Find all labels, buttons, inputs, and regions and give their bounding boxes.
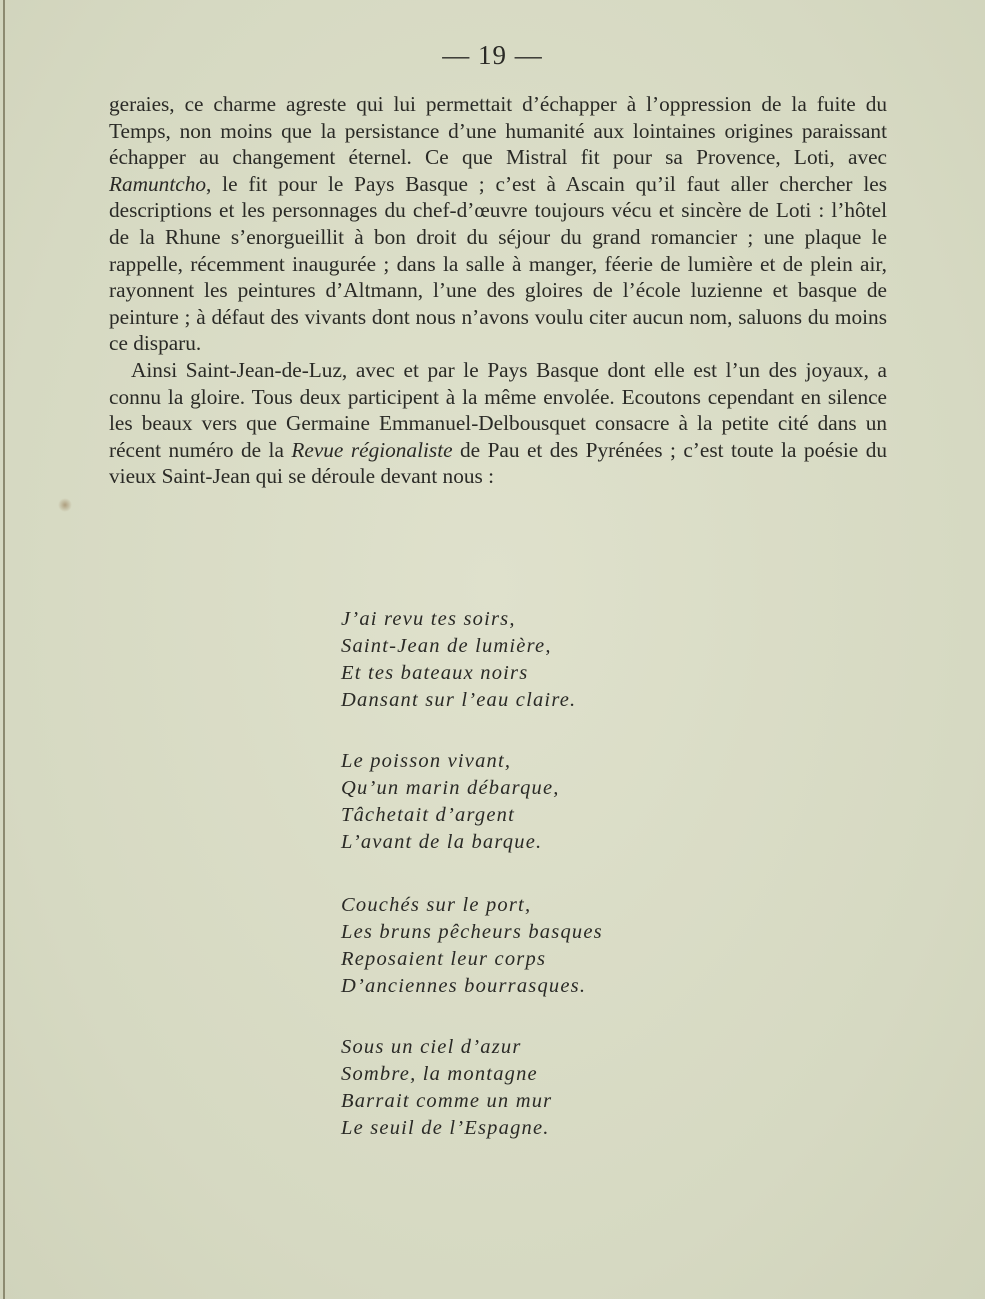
- verse: J’ai revu tes soirs,: [341, 606, 603, 633]
- verse: Les bruns pêcheurs basques: [341, 919, 603, 946]
- paragraph-1-text-b: , le fit pour le Pays Basque ; c’est à A…: [109, 172, 887, 356]
- verse: Saint-Jean de lumière,: [341, 633, 603, 660]
- verse: Dansant sur l’eau claire.: [341, 687, 603, 714]
- verse: Le seuil de l’Espagne.: [341, 1115, 603, 1142]
- verse: Couchés sur le port,: [341, 892, 603, 919]
- poem: J’ai revu tes soirs, Saint-Jean de lumiè…: [341, 606, 603, 1176]
- paragraph-2: Ainsi Saint-Jean-de-Luz, avec et par le …: [109, 357, 887, 490]
- page-number-dash-left: —: [442, 40, 478, 70]
- stanza-3: Couchés sur le port, Les bruns pêcheurs …: [341, 892, 603, 1000]
- paragraph-1: geraies, ce charme agreste qui lui perme…: [109, 91, 887, 357]
- verse: Reposaient leur corps: [341, 946, 603, 973]
- verse: Tâchetait d’argent: [341, 802, 603, 829]
- stanza-4: Sous un ciel d’azur Sombre, la montagne …: [341, 1034, 603, 1142]
- stanza-1: J’ai revu tes soirs, Saint-Jean de lumiè…: [341, 606, 603, 714]
- stanza-2: Le poisson vivant, Qu’un marin débarque,…: [341, 748, 603, 856]
- verse: Sombre, la montagne: [341, 1061, 603, 1088]
- verse: D’anciennes bourrasques.: [341, 973, 603, 1000]
- verse: Le poisson vivant,: [341, 748, 603, 775]
- verse: Barrait comme un mur: [341, 1088, 603, 1115]
- paper-stain: [58, 498, 72, 512]
- scanned-page: — 19 — geraies, ce charme agreste qui lu…: [0, 0, 985, 1299]
- journal-title-revue-regionaliste: Revue régionaliste: [291, 438, 452, 462]
- binding-edge: [3, 0, 5, 1299]
- verse: Qu’un marin débarque,: [341, 775, 603, 802]
- page-number: — 19 —: [0, 40, 985, 71]
- body-text: geraies, ce charme agreste qui lui perme…: [109, 91, 887, 490]
- page-number-dash-right: —: [507, 40, 543, 70]
- verse: L’avant de la barque.: [341, 829, 603, 856]
- verse: Et tes bateaux noirs: [341, 660, 603, 687]
- page-number-value: 19: [478, 40, 507, 70]
- verse: Sous un ciel d’azur: [341, 1034, 603, 1061]
- book-title-ramuntcho: Ramuntcho: [109, 172, 206, 196]
- paragraph-1-text-a: geraies, ce charme agreste qui lui perme…: [109, 92, 887, 169]
